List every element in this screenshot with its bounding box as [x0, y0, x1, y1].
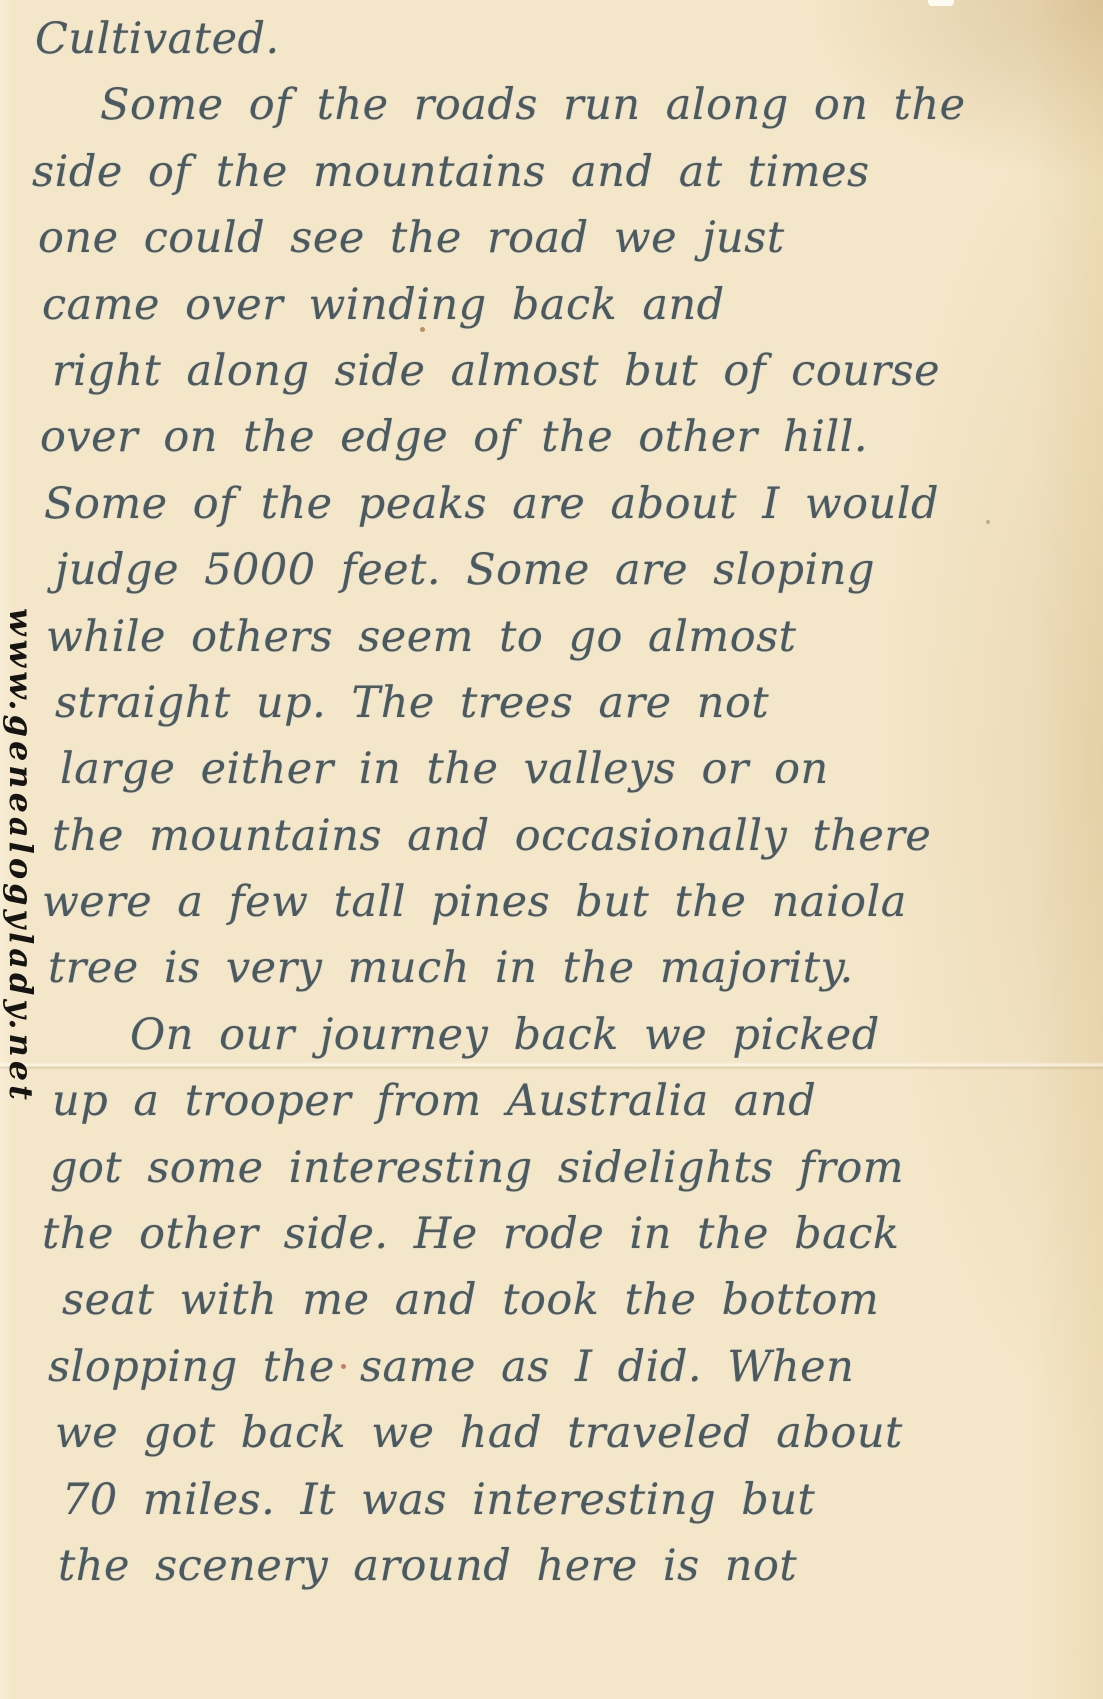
- letter-line: while others seem to go almost: [46, 604, 1103, 670]
- letter-line: Cultivated.: [35, 6, 1103, 72]
- letter-line: the mountains and occasionally there: [52, 803, 1103, 869]
- letter-line: got some interesting sidelights from: [50, 1135, 1103, 1201]
- letter-line: were a few tall pines but the naiola: [42, 869, 1103, 935]
- letter-line: came over winding back and: [42, 272, 1103, 338]
- letter-line: the other side. He rode in the back: [42, 1201, 1103, 1267]
- letter-body: Cultivated. Some of the roads run along …: [0, 6, 1103, 1599]
- letter-line: we got back we had traveled about: [55, 1400, 1103, 1466]
- letter-line: judge 5000 feet. Some are sloping: [55, 537, 1103, 603]
- letter-line: one could see the road we just: [38, 205, 1103, 271]
- letter-line: 70 miles. It was interesting but: [62, 1467, 1103, 1533]
- letter-line: straight up. The trees are not: [55, 670, 1103, 736]
- letter-line: right along side almost but of course: [52, 338, 1103, 404]
- letter-line: slopping the same as I did. When: [48, 1334, 1103, 1400]
- letter-line: seat with me and took the bottom: [62, 1267, 1103, 1333]
- letter-line: Some of the roads run along on the: [100, 72, 1103, 138]
- letter-line: tree is very much in the majority.: [48, 935, 1103, 1001]
- letter-line: On our journey back we picked: [130, 1002, 1103, 1068]
- letter-line: side of the mountains and at times: [32, 139, 1103, 205]
- letter-line: the scenery around here is not: [58, 1533, 1103, 1599]
- letter-line: over on the edge of the other hill.: [40, 404, 1103, 470]
- letter-line: up a trooper from Australia and: [52, 1068, 1103, 1134]
- letter-line: large either in the valleys or on: [60, 736, 1103, 802]
- letter-line: Some of the peaks are about I would: [44, 471, 1103, 537]
